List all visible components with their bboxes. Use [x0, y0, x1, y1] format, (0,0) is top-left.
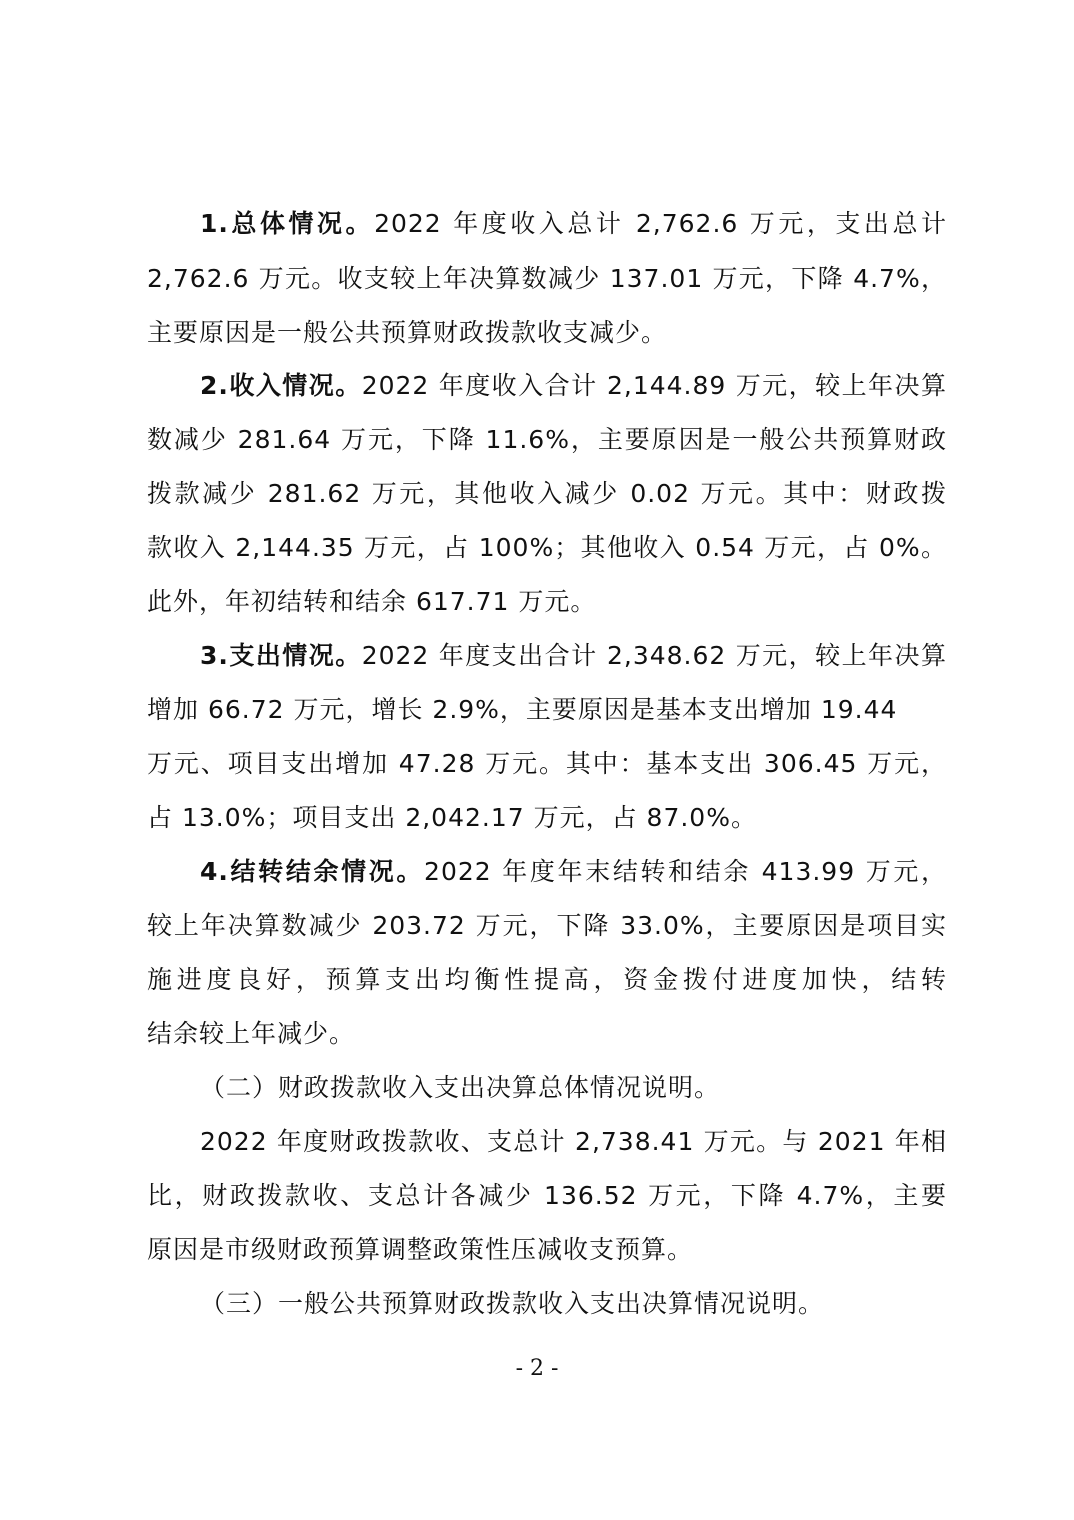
paragraph-fiscal-line-3: 原因是市级财政预算调整政策性压减收支预算。	[147, 1234, 947, 1266]
section-overall-line-1: 1.总体情况。2022 年度收入总计 2,762.6 万元，支出总计	[200, 208, 947, 240]
section-income-title: 2.收入情况。	[200, 371, 362, 400]
section-carryover-line-1: 4.结转结余情况。2022 年度年末结转和结余 413.99 万元，	[200, 856, 947, 888]
section-carryover-line-4: 结余较上年减少。	[147, 1018, 947, 1050]
section-expense-title: 3.支出情况。	[200, 641, 362, 670]
section-income-line-2: 数减少 281.64 万元，下降 11.6%，主要原因是一般公共预算财政	[147, 424, 947, 456]
page-number: - 2 -	[0, 1356, 1074, 1381]
paragraph-fiscal-line-2: 比，财政拨款收、支总计各减少 136.52 万元，下降 4.7%，主要	[147, 1180, 947, 1212]
heading-fiscal-appropriation: （二）财政拨款收入支出决算总体情况说明。	[200, 1072, 1000, 1104]
section-expense-line-4: 占 13.0%；项目支出 2,042.17 万元，占 87.0%。	[147, 802, 947, 834]
section-overall-line-2: 2,762.6 万元。收支较上年决算数减少 137.01 万元，下降 4.7%，	[147, 263, 947, 295]
section-carryover-line-2: 较上年决算数减少 203.72 万元，下降 33.0%，主要原因是项目实	[147, 910, 947, 942]
section-carryover-title: 4.结转结余情况。	[200, 857, 424, 886]
section-income-line-5: 此外，年初结转和结余 617.71 万元。	[147, 586, 947, 618]
section-overall-title: 1.总体情况。	[200, 209, 374, 238]
section-overall-line-3: 主要原因是一般公共预算财政拨款收支减少。	[147, 317, 947, 349]
paragraph-fiscal-line-1: 2022 年度财政拨款收、支总计 2,738.41 万元。与 2021 年相	[200, 1126, 947, 1158]
section-expense-line-3: 万元、项目支出增加 47.28 万元。其中：基本支出 306.45 万元，	[147, 748, 947, 780]
section-carryover-line-3: 施进度良好，预算支出均衡性提高，资金拨付进度加快，结转	[147, 964, 947, 996]
section-income-line-1: 2.收入情况。2022 年度收入合计 2,144.89 万元，较上年决算	[200, 370, 947, 402]
section-expense-line-1: 3.支出情况。2022 年度支出合计 2,348.62 万元，较上年决算	[200, 640, 947, 672]
section-expense-line-2: 增加 66.72 万元，增长 2.9%，主要原因是基本支出增加 19.44	[147, 694, 927, 726]
heading-general-public-budget: （三）一般公共预算财政拨款收入支出决算情况说明。	[200, 1288, 1000, 1320]
section-income-line-3: 拨款减少 281.62 万元，其他收入减少 0.02 万元。其中：财政拨	[147, 478, 947, 510]
section-income-line-4: 款收入 2,144.35 万元，占 100%；其他收入 0.54 万元，占 0%…	[147, 532, 947, 564]
